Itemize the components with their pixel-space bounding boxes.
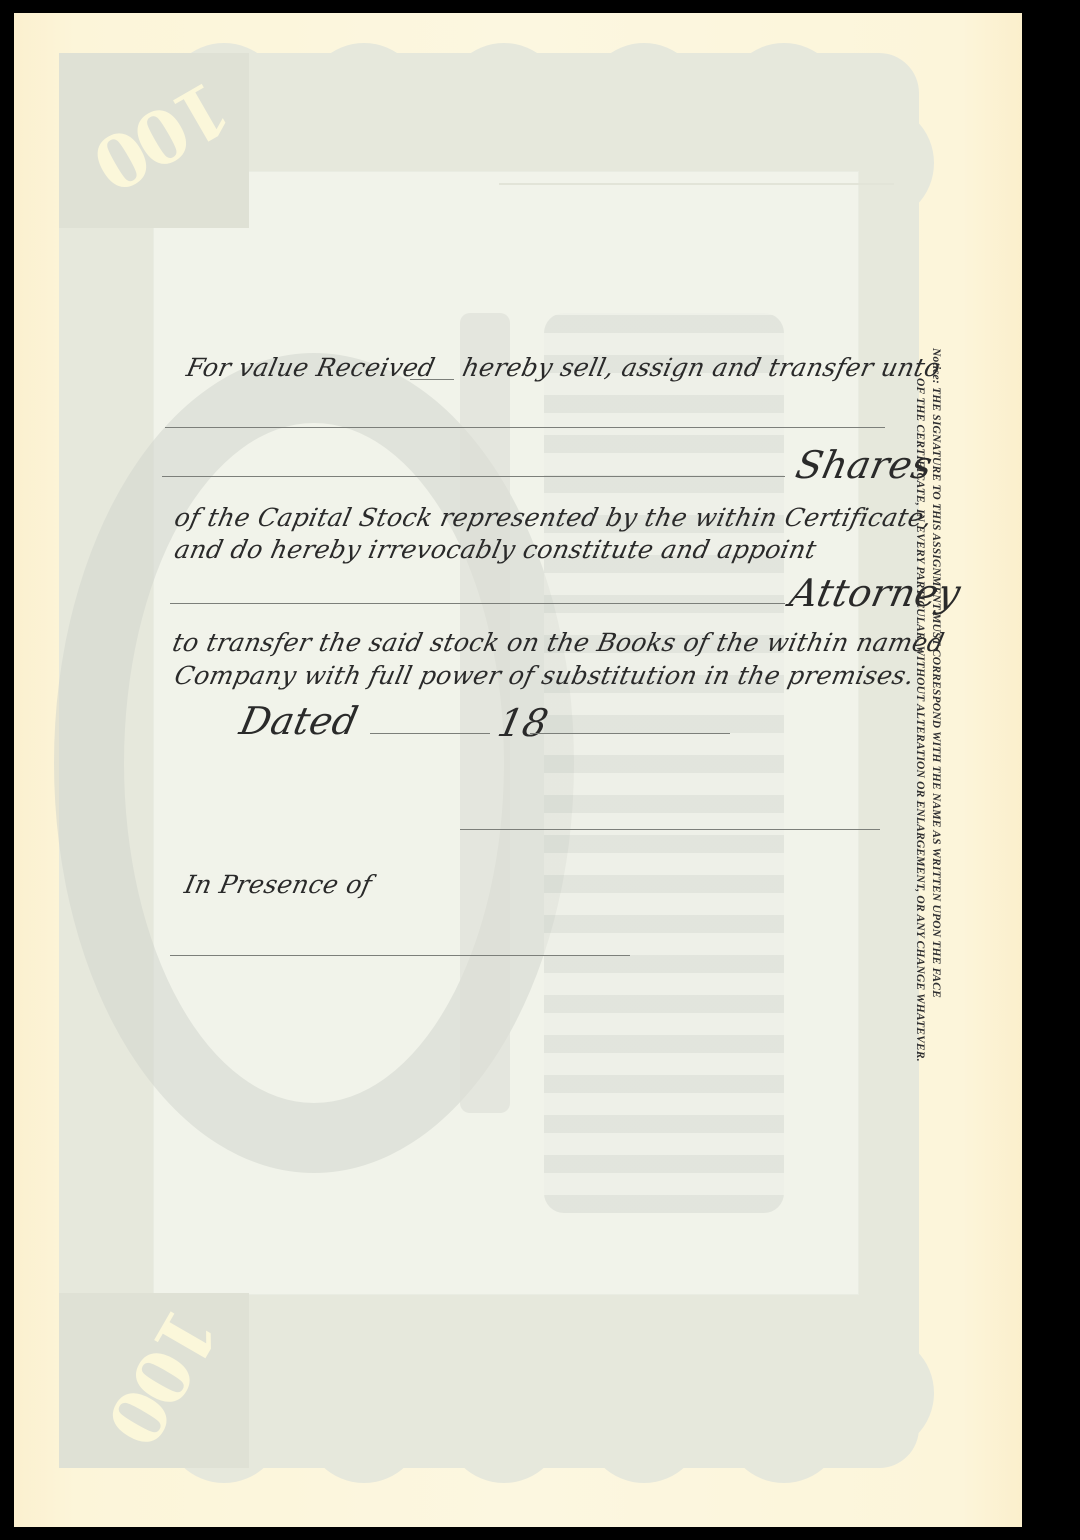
shares-line: [162, 476, 785, 477]
year-blank: [530, 733, 730, 734]
denomination-100-top: 100: [82, 64, 244, 207]
showthrough-stub: [499, 183, 894, 335]
assignor-blank: [410, 379, 454, 380]
border-scallop: [304, 43, 424, 163]
year-prefix: 18: [494, 701, 552, 745]
border-scallop: [444, 1363, 564, 1483]
substitution-line: Company with full power of substitution …: [172, 661, 917, 690]
border-scallop: [584, 43, 704, 163]
corner-denomination-bottom: 100: [59, 1293, 249, 1468]
corner-denomination-top: 100: [59, 53, 249, 228]
assignee-line: [165, 427, 885, 428]
border-scallop: [444, 43, 564, 163]
notice-text-1: THE SIGNATURE TO THIS ASSIGNMENT MUST CO…: [930, 387, 942, 998]
dated-label: Dated: [236, 699, 362, 743]
attorney-line: [170, 603, 785, 604]
notice-line-2: OF THE CERTIFICATE, IN EVERY PARTICULAR,…: [912, 348, 928, 1088]
for-value-received: For value Received: [184, 353, 438, 382]
certificate-back-page: 100 100 For value Received hereby sell, …: [14, 13, 1022, 1527]
signature-line: [460, 829, 880, 830]
sell-assign-transfer: hereby sell, assign and transfer unto: [460, 353, 943, 382]
showthrough-text-block: [544, 313, 784, 1213]
notice-line-1: Notice: THE SIGNATURE TO THIS ASSIGNMENT…: [928, 348, 944, 1088]
witness-line: [170, 955, 630, 956]
notice-label: Notice:: [930, 348, 942, 384]
capital-stock-line: of the Capital Stock represented by the …: [172, 503, 935, 532]
border-scallop: [724, 1363, 844, 1483]
date-blank: [370, 733, 490, 734]
border-scallop: [304, 1363, 424, 1483]
border-scallop: [584, 1363, 704, 1483]
signature-notice: Notice: THE SIGNATURE TO THIS ASSIGNMENT…: [912, 348, 944, 1088]
constitute-appoint-line: and do hereby irrevocably constitute and…: [172, 535, 819, 564]
in-presence-of: In Presence of: [182, 870, 375, 899]
denomination-100-bottom: 100: [92, 1294, 235, 1456]
transfer-books-line: to transfer the said stock on the Books …: [170, 628, 947, 657]
